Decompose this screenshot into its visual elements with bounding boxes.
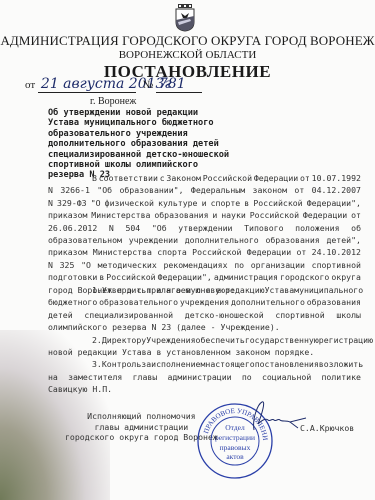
text-line: N325"Ометодическихрекомендацияхпоорганиз… <box>48 259 361 271</box>
subject-line: образовательного учреждения <box>48 129 248 139</box>
item-3-line: назаместителяглавыадминистрациипосоциаль… <box>48 371 361 383</box>
text-line: образовательномучреждениидополнительного… <box>48 234 361 246</box>
subject-block: Об утверждении новой редакции Устава мун… <box>48 108 248 181</box>
text-line: приказомМинистерстваспортаРоссийскойФеде… <box>48 246 361 258</box>
subject-line: дополнительного образования детей <box>48 139 248 149</box>
subject-line: Устава муниципального бюджетного <box>48 118 248 128</box>
item-1-line: олимпийского резерва N 23 (далее - Учреж… <box>48 321 361 333</box>
text-line: 26.06.2012N504"ОбутвержденииТиповогополо… <box>48 222 361 234</box>
item-1-line: детейспециализированнойдетско-юношескойс… <box>48 309 361 321</box>
coat-of-arms-icon <box>174 4 196 32</box>
item-2-line: новой редакции Устава в установленном за… <box>48 346 361 358</box>
handwritten-signature-icon <box>250 400 310 440</box>
text-line: подготовкивРоссийскойФедерации",админист… <box>48 271 361 283</box>
item-1-line: 1.УтвердитьприлагаемуюновуюредакциюУстав… <box>48 284 361 296</box>
dateline: от 21 августа 2013г № 781 <box>25 76 202 93</box>
svg-text:актов: актов <box>226 452 244 461</box>
svg-text:правовых: правовых <box>220 443 251 452</box>
svg-text:регистрации: регистрации <box>215 433 255 442</box>
text-line: приказомМинистерстваобразованияинаукиРос… <box>48 209 361 221</box>
text-line: N329-ФЗ"ОфизическойкультуреиспортевРосси… <box>48 197 361 209</box>
position-line: главы администрации <box>65 422 218 433</box>
subject-line: Об утверждении новой редакции <box>48 108 248 118</box>
position-line: Исполняющий полномочия <box>65 411 218 422</box>
item-1-line: бюджетногообразовательногоучреждениядопо… <box>48 296 361 308</box>
item-2-line: 2.ДиректоруУчрежденияобеспечитьгосударст… <box>48 334 361 346</box>
resolution-items: 1.УтвердитьприлагаемуюновуюредакциюУстав… <box>48 284 361 396</box>
text-line: N3266-1"Обобразовании",Федеральнымзаконо… <box>48 184 361 196</box>
signatory-position: Исполняющий полномочия главы администрац… <box>65 411 218 443</box>
organization-name: АДМИНИСТРАЦИЯ ГОРОДСКОГО ОКРУГА ГОРОД ВО… <box>0 33 375 49</box>
item-3-line: 3.Контрользаисполнениемнастоящегопостано… <box>48 358 361 370</box>
svg-text:Отдел: Отдел <box>225 423 245 432</box>
city: г. Воронеж <box>90 96 136 107</box>
text-line: ВсоответствиисЗакономРоссийскойФедерации… <box>48 172 361 184</box>
preamble-paragraph: ВсоответствиисЗакономРоссийскойФедерации… <box>48 172 361 296</box>
position-line: городского округа город Воронеж <box>65 432 218 443</box>
handwritten-number: 781 <box>159 76 186 92</box>
subject-line: спортивной школы олимпийского <box>48 160 248 170</box>
signer-name: С.А.Крючков <box>300 423 354 433</box>
region-name: ВОРОНЕЖСКОЙ ОБЛАСТИ <box>0 49 375 61</box>
number-label: № <box>143 79 154 91</box>
item-3-line: Савицкую Н.П. <box>48 383 361 395</box>
subject-line: специализированной детско-юношеской <box>48 150 248 160</box>
date-label: от <box>25 79 35 91</box>
